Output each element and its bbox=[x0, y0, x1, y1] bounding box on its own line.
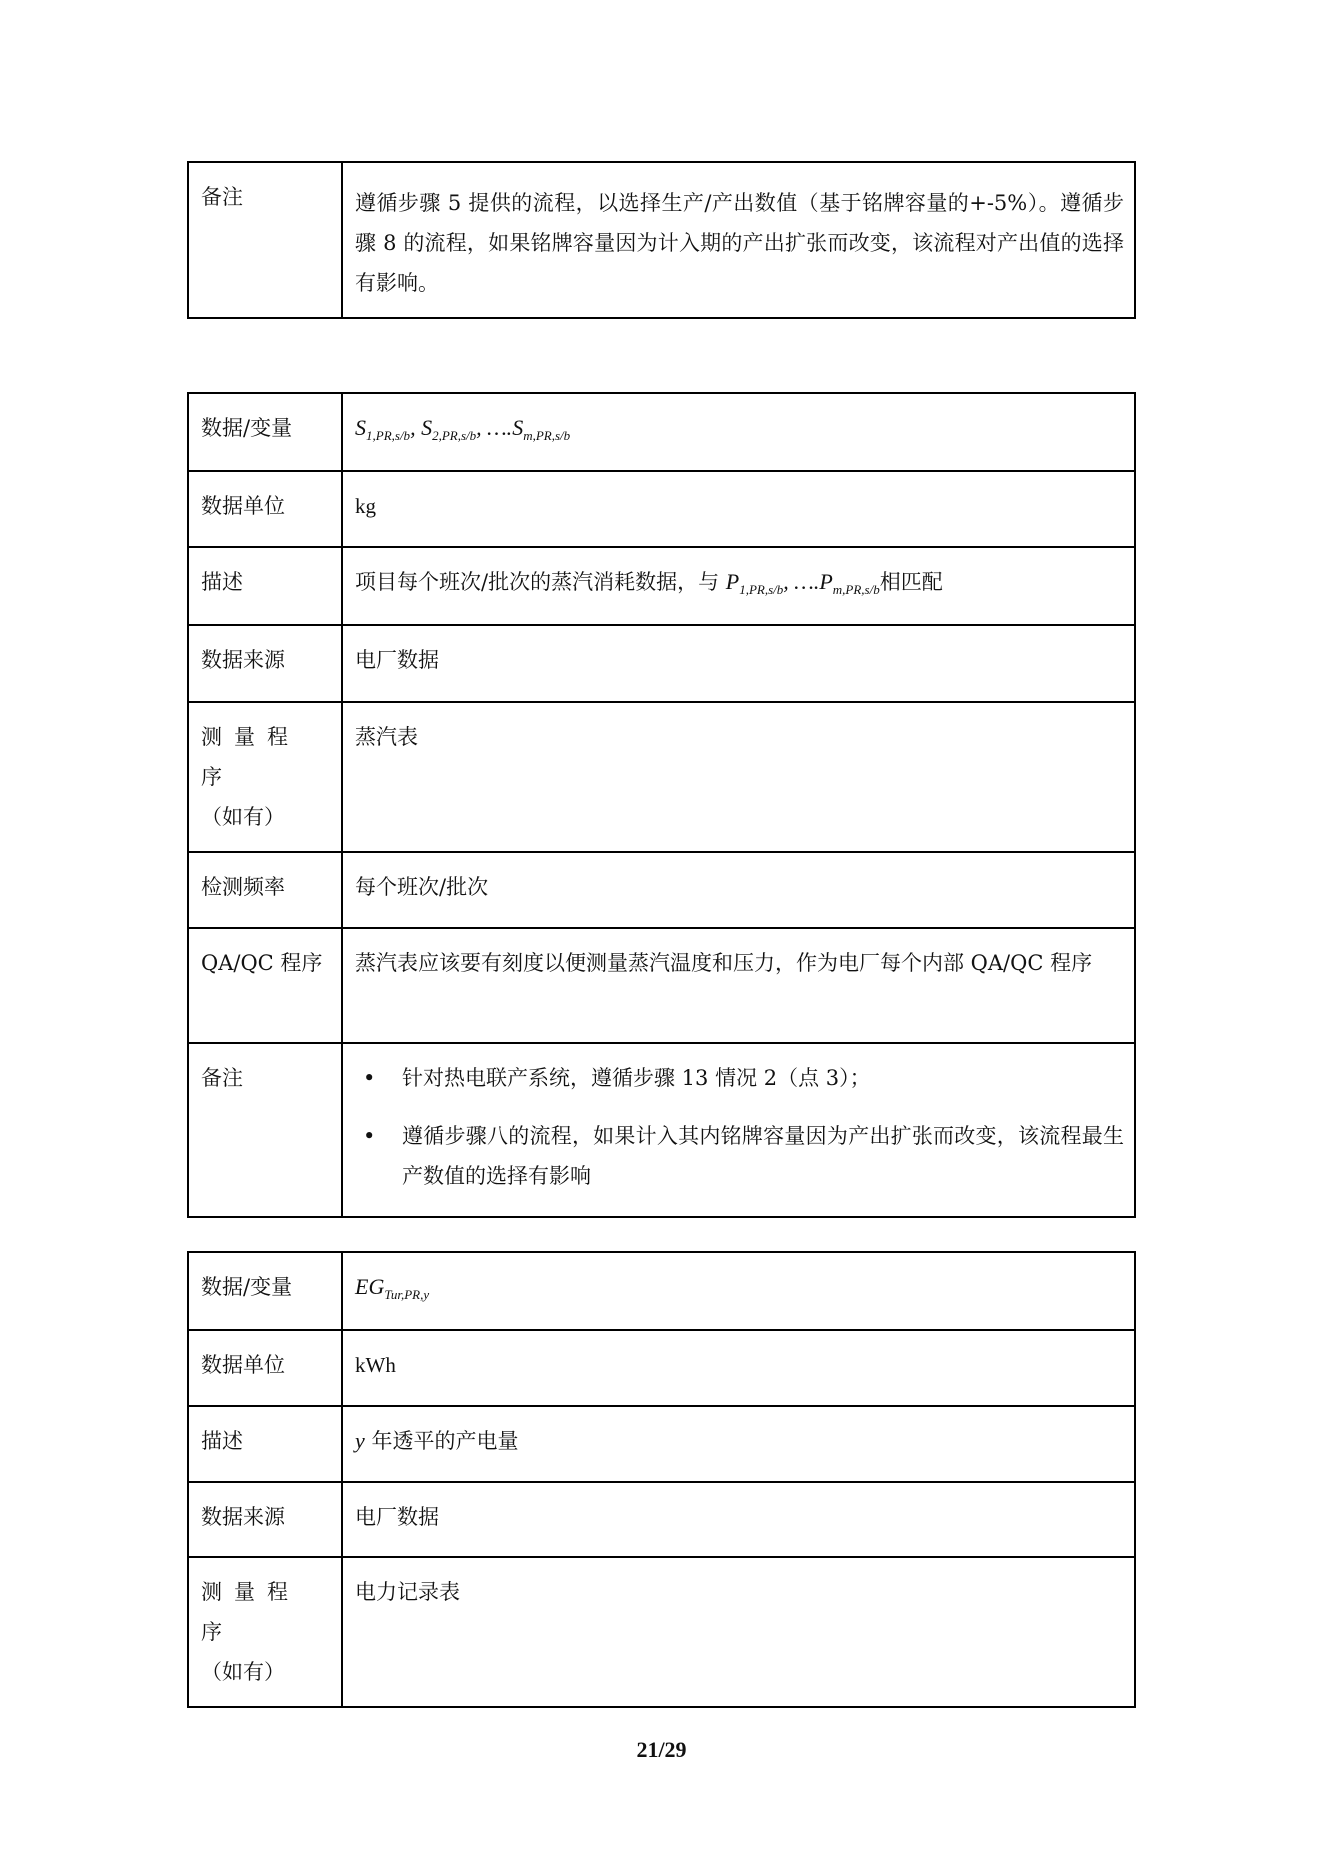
label-variable: 数据/变量 bbox=[188, 393, 342, 471]
value-variable: EGTur,PR,y bbox=[342, 1252, 1135, 1330]
list-item: •遵循步骤八的流程，如果计入其内铭牌容量因为产出扩张而改变，该流程最生产数值的选… bbox=[355, 1116, 1124, 1196]
table-row: 数据单位 kWh bbox=[188, 1330, 1135, 1406]
list-item: •针对热电联产系统，遵循步骤 13 情况 2（点 3）； bbox=[355, 1058, 1124, 1098]
label-description: 描述 bbox=[188, 547, 342, 625]
table-row: 描述 项目每个班次/批次的蒸汽消耗数据，与 P1,PR,s/b, ….Pm,PR… bbox=[188, 547, 1135, 625]
table-row: 数据/变量 EGTur,PR,y bbox=[188, 1252, 1135, 1330]
label-qaqc: QA/QC 程序 bbox=[188, 928, 342, 1043]
label-variable: 数据/变量 bbox=[188, 1252, 342, 1330]
table-row: 检测频率 每个班次/批次 bbox=[188, 852, 1135, 928]
bullet-icon: • bbox=[363, 1058, 375, 1098]
table-row: 数据/变量 S1,PR,s/b, S2,PR,s/b, ….Sm,PR,s/b bbox=[188, 393, 1135, 471]
value-variable: S1,PR,s/b, S2,PR,s/b, ….Sm,PR,s/b bbox=[342, 393, 1135, 471]
table-row: 描述 y 年透平的产电量 bbox=[188, 1406, 1135, 1482]
value-remarks: •针对热电联产系统，遵循步骤 13 情况 2（点 3）； •遵循步骤八的流程，如… bbox=[342, 1043, 1135, 1217]
label-frequency: 检测频率 bbox=[188, 852, 342, 928]
table-row: 数据来源 电厂数据 bbox=[188, 625, 1135, 702]
table-row: 测量程序 （如有） 蒸汽表 bbox=[188, 702, 1135, 852]
parameter-table-turbine: 数据/变量 EGTur,PR,y 数据单位 kWh 描述 y 年透平的产电量 数… bbox=[187, 1251, 1136, 1708]
value-frequency: 每个班次/批次 bbox=[342, 852, 1135, 928]
table-row: QA/QC 程序 蒸汽表应该要有刻度以便测量蒸汽温度和压力，作为电厂每个内部 Q… bbox=[188, 928, 1135, 1043]
value-description: y 年透平的产电量 bbox=[342, 1406, 1135, 1482]
page-number: 21/29 bbox=[0, 1737, 1323, 1763]
table-row: 备注 •针对热电联产系统，遵循步骤 13 情况 2（点 3）； •遵循步骤八的流… bbox=[188, 1043, 1135, 1217]
value-remarks: 遵循步骤 5 提供的流程，以选择生产/产出数值（基于铭牌容量的+-5%）。遵循步… bbox=[342, 162, 1135, 318]
value-description: 项目每个班次/批次的蒸汽消耗数据，与 P1,PR,s/b, ….Pm,PR,s/… bbox=[342, 547, 1135, 625]
label-description: 描述 bbox=[188, 1406, 342, 1482]
value-source: 电厂数据 bbox=[342, 625, 1135, 702]
value-qaqc: 蒸汽表应该要有刻度以便测量蒸汽温度和压力，作为电厂每个内部 QA/QC 程序 bbox=[342, 928, 1135, 1043]
label-remarks: 备注 bbox=[188, 162, 342, 318]
value-unit: kg bbox=[342, 471, 1135, 547]
value-source: 电厂数据 bbox=[342, 1482, 1135, 1557]
label-procedure: 测量程序 （如有） bbox=[188, 1557, 342, 1707]
value-procedure: 电力记录表 bbox=[342, 1557, 1135, 1707]
table-row: 数据来源 电厂数据 bbox=[188, 1482, 1135, 1557]
table-row: 测量程序 （如有） 电力记录表 bbox=[188, 1557, 1135, 1707]
remarks-list: •针对热电联产系统，遵循步骤 13 情况 2（点 3）； •遵循步骤八的流程，如… bbox=[355, 1058, 1124, 1196]
bullet-icon: • bbox=[363, 1116, 375, 1156]
label-source: 数据来源 bbox=[188, 1482, 342, 1557]
label-procedure: 测量程序 （如有） bbox=[188, 702, 342, 852]
label-remarks: 备注 bbox=[188, 1043, 342, 1217]
value-procedure: 蒸汽表 bbox=[342, 702, 1135, 852]
value-unit: kWh bbox=[342, 1330, 1135, 1406]
parameter-table-steam: 数据/变量 S1,PR,s/b, S2,PR,s/b, ….Sm,PR,s/b … bbox=[187, 392, 1136, 1218]
label-unit: 数据单位 bbox=[188, 1330, 342, 1406]
label-source: 数据来源 bbox=[188, 625, 342, 702]
label-unit: 数据单位 bbox=[188, 471, 342, 547]
table-row: 数据单位 kg bbox=[188, 471, 1135, 547]
table-row: 备注 遵循步骤 5 提供的流程，以选择生产/产出数值（基于铭牌容量的+-5%）。… bbox=[188, 162, 1135, 318]
remarks-table-continued: 备注 遵循步骤 5 提供的流程，以选择生产/产出数值（基于铭牌容量的+-5%）。… bbox=[187, 161, 1136, 319]
